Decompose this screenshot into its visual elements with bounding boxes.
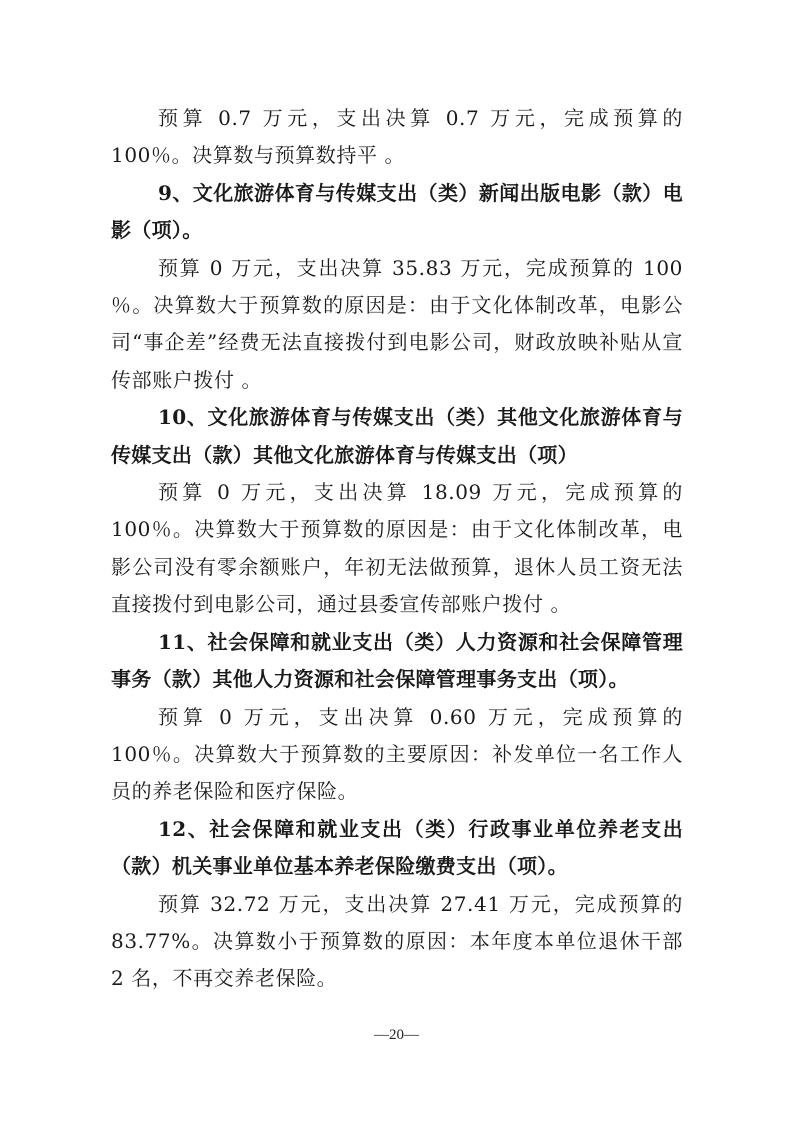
paragraph-item9-body: 预算 0 万元，支出决算 35.83 万元，完成预算的 100 ％。决算数大于预… — [111, 250, 683, 400]
page-number: —20— — [0, 1027, 793, 1044]
heading-item10: 10、文化旅游体育与传媒支出（类）其他文化旅游体育与传媒支出（款）其他文化旅游体… — [111, 399, 683, 474]
paragraph-item10-body: 预算 0 万元，支出决算 18.09 万元，完成预算的 100％。决算数大于预算… — [111, 474, 683, 624]
heading-item9: 9、文化旅游体育与传媒支出（类）新闻出版电影（款）电影（项）。 — [111, 175, 683, 250]
paragraph-item11-body: 预算 0 万元，支出决算 0.60 万元，完成预算的 100％。决算数大于预算数… — [111, 699, 683, 811]
paragraph-item8-body: 预算 0.7 万元，支出决算 0.7 万元，完成预算的 100％。决算数与预算数… — [111, 100, 683, 175]
document-page: 预算 0.7 万元，支出决算 0.7 万元，完成预算的 100％。决算数与预算数… — [111, 100, 683, 998]
heading-item12: 12、社会保障和就业支出（类）行政事业单位养老支出（款）机关事业单位基本养老保险… — [111, 811, 683, 886]
heading-item11: 11、社会保障和就业支出（类）人力资源和社会保障管理事务（款）其他人力资源和社会… — [111, 624, 683, 699]
paragraph-item12-body: 预算 32.72 万元，支出决算 27.41 万元，完成预算的 83.77%。决… — [111, 886, 683, 998]
